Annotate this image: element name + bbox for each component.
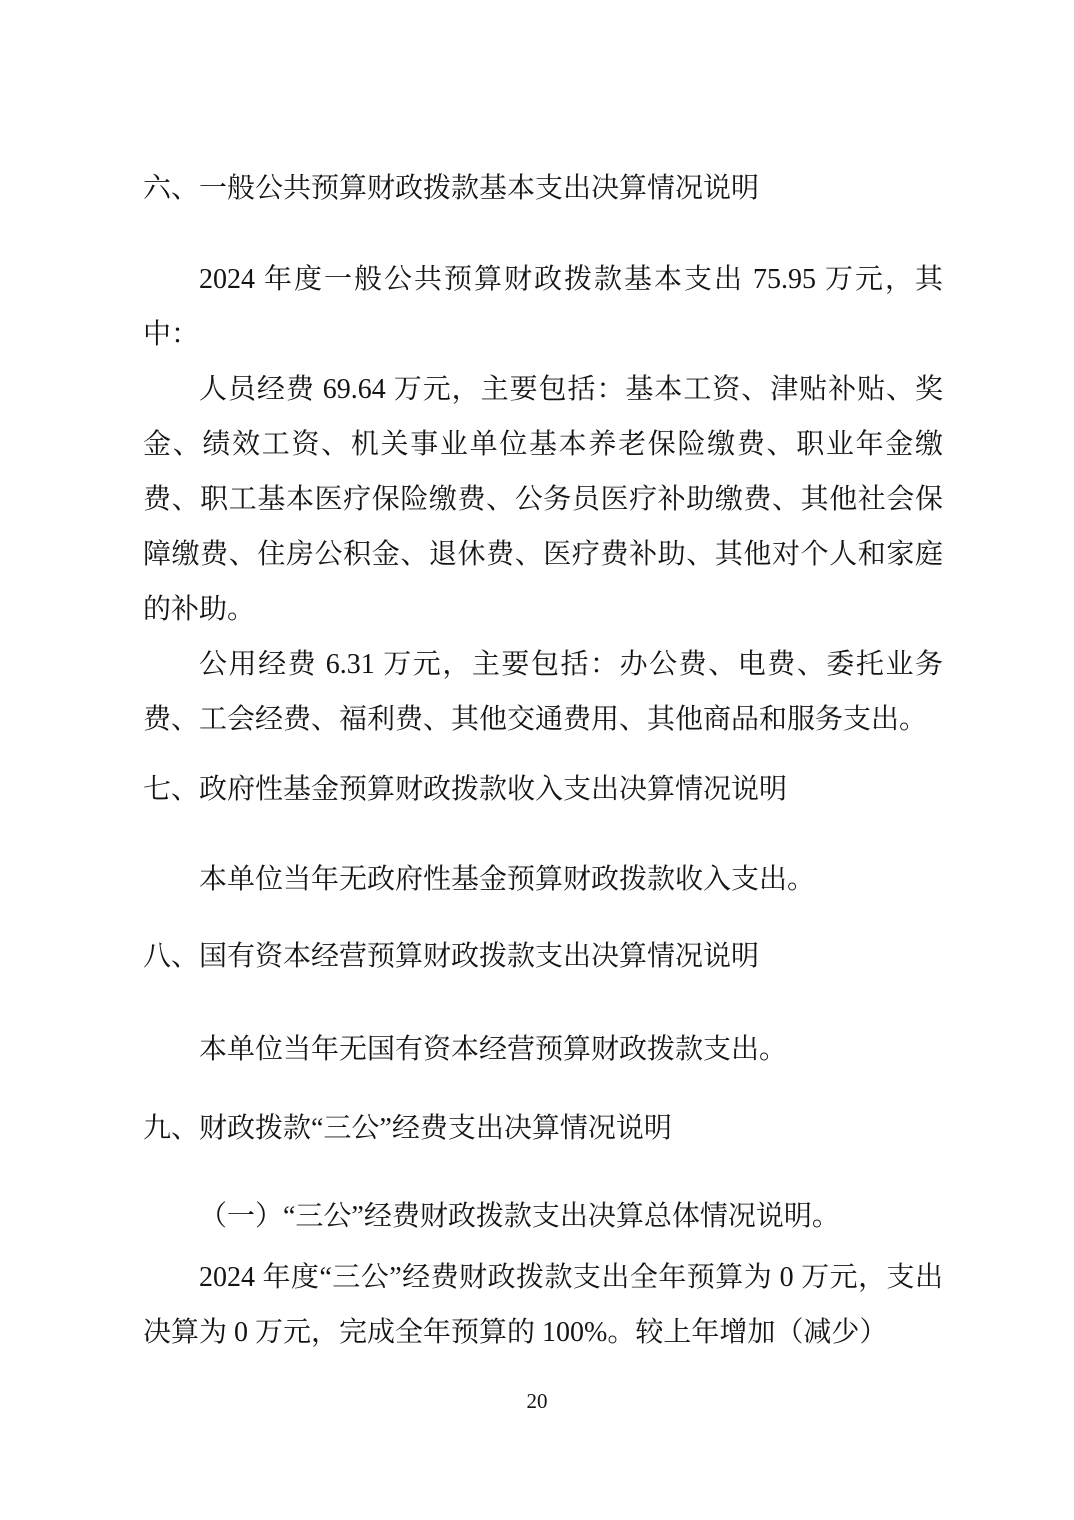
paragraph-personnel-expense: 人员经费 69.64 万元，主要包括：基本工资、津贴补贴、奖金、绩效工资、机关事… bbox=[143, 362, 943, 637]
paragraph-no-state-capital: 本单位当年无国有资本经营预算财政拨款支出。 bbox=[143, 1022, 943, 1077]
page-number: 20 bbox=[0, 1388, 1074, 1414]
paragraph-basic-expenditure-total: 2024 年度一般公共预算财政拨款基本支出 75.95 万元，其中： bbox=[143, 252, 943, 362]
section-heading-6: 六、一般公共预算财政拨款基本支出决算情况说明 bbox=[143, 161, 943, 216]
paragraph-three-public-budget: 2024 年度“三公”经费财政拨款支出全年预算为 0 万元，支出决算为 0 万元… bbox=[143, 1250, 943, 1360]
paragraph-three-public-overview-title: （一）“三公”经费财政拨款支出决算总体情况说明。 bbox=[143, 1189, 943, 1244]
section-heading-8: 八、国有资本经营预算财政拨款支出决算情况说明 bbox=[143, 929, 943, 984]
paragraph-no-government-fund: 本单位当年无政府性基金预算财政拨款收入支出。 bbox=[143, 852, 943, 907]
section-heading-9: 九、财政拨款“三公”经费支出决算情况说明 bbox=[143, 1101, 943, 1156]
document-body: 六、一般公共预算财政拨款基本支出决算情况说明 2024 年度一般公共预算财政拨款… bbox=[143, 0, 943, 1360]
section-heading-7: 七、政府性基金预算财政拨款收入支出决算情况说明 bbox=[143, 762, 943, 817]
paragraph-public-expense: 公用经费 6.31 万元，主要包括：办公费、电费、委托业务费、工会经费、福利费、… bbox=[143, 637, 943, 747]
document-page: 六、一般公共预算财政拨款基本支出决算情况说明 2024 年度一般公共预算财政拨款… bbox=[0, 0, 1074, 1520]
